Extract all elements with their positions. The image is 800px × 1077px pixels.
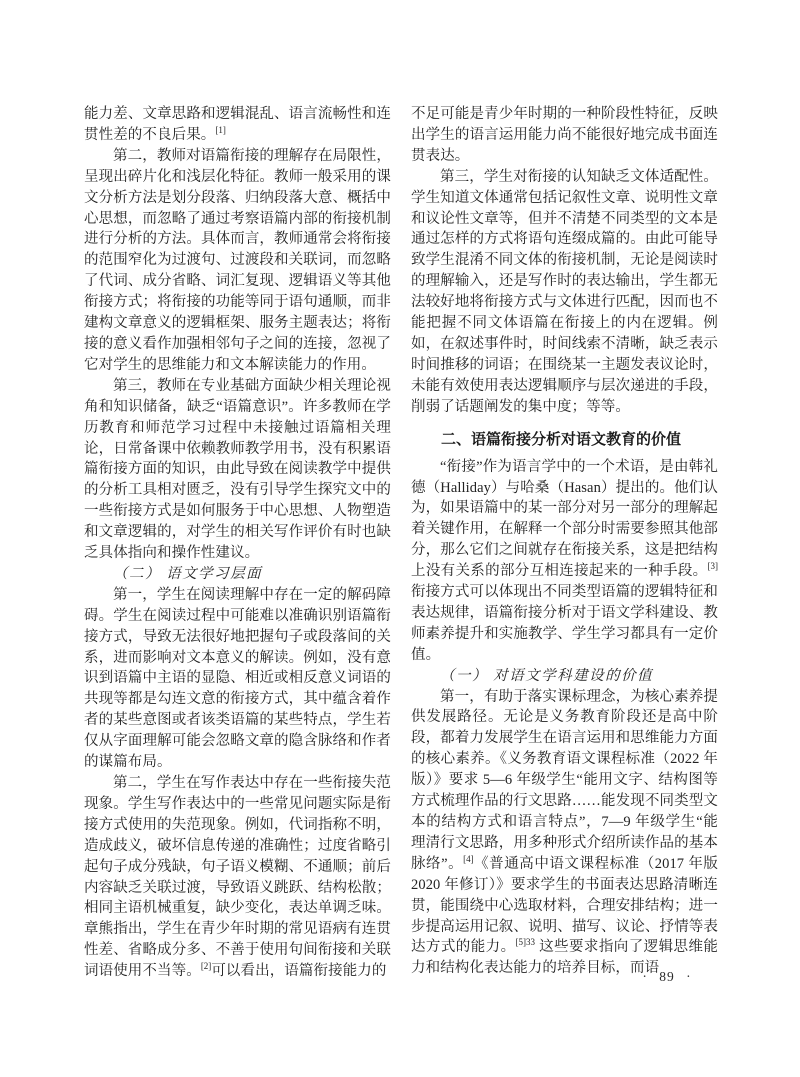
right-column: 不足可能是青少年时期的一种阶段性特征，反映出学生的语言运用能力尚不能很好地完成书… bbox=[411, 104, 718, 982]
citation-marker: [3] bbox=[708, 561, 719, 571]
section-heading: 二、语篇衔接分析对语文教育的价值 bbox=[411, 429, 718, 450]
citation-marker: [4] bbox=[463, 854, 474, 864]
paragraph: 第二，学生在写作表达中存在一些衔接失范现象。学生写作表达中的一些常见问题实际是衔… bbox=[84, 773, 391, 982]
paragraph: 第三，学生对衔接的认知缺乏文体适配性。学生知道文体通常包括记叙性文章、说明性文章… bbox=[411, 167, 718, 418]
paragraph-continuation: 不足可能是青少年时期的一种阶段性特征，反映出学生的语言运用能力尚不能很好地完成书… bbox=[411, 104, 718, 167]
left-column: 能力差、文章思路和逻辑混乱、语言流畅性和连贯性差的不良后果。[1]第二，教师对语… bbox=[84, 104, 391, 982]
citation-marker: [2] bbox=[201, 961, 212, 971]
paragraph-continuation: 能力差、文章思路和逻辑混乱、语言流畅性和连贯性差的不良后果。[1] bbox=[84, 104, 391, 146]
paragraph: 第一，有助于落实课标理念，为核心素养提供发展路径。无论是义务教育阶段还是高中阶段… bbox=[411, 687, 718, 980]
subsection-heading: （二） 语文学习层面 bbox=[84, 564, 391, 585]
text-columns: 能力差、文章思路和逻辑混乱、语言流畅性和连贯性差的不良后果。[1]第二，教师对语… bbox=[84, 104, 718, 982]
paragraph: 第三，教师在专业基础方面缺少相关理论视角和知识储备，缺乏“语篇意识”。许多教师在… bbox=[84, 376, 391, 564]
paragraph: “衔接”作为语言学中的一个术语，是由韩礼德（Halliday）与哈桑（Hasan… bbox=[411, 457, 718, 666]
subsection-heading: （一） 对语文学科建设的价值 bbox=[411, 666, 718, 687]
citation-marker: [1] bbox=[215, 125, 226, 135]
page-number: · 89 · bbox=[557, 969, 777, 985]
paragraph: 第二，教师对语篇衔接的理解存在局限性，呈现出碎片化和浅层化特征。教师一般采用的课… bbox=[84, 146, 391, 376]
journal-page: 能力差、文章思路和逻辑混乱、语言流畅性和连贯性差的不良后果。[1]第二，教师对语… bbox=[0, 0, 800, 1077]
citation-marker: [5]33 bbox=[516, 938, 536, 948]
paragraph: 第一，学生在阅读理解中存在一定的解码障碍。学生在阅读过程中可能难以准确识别语篇衔… bbox=[84, 585, 391, 773]
